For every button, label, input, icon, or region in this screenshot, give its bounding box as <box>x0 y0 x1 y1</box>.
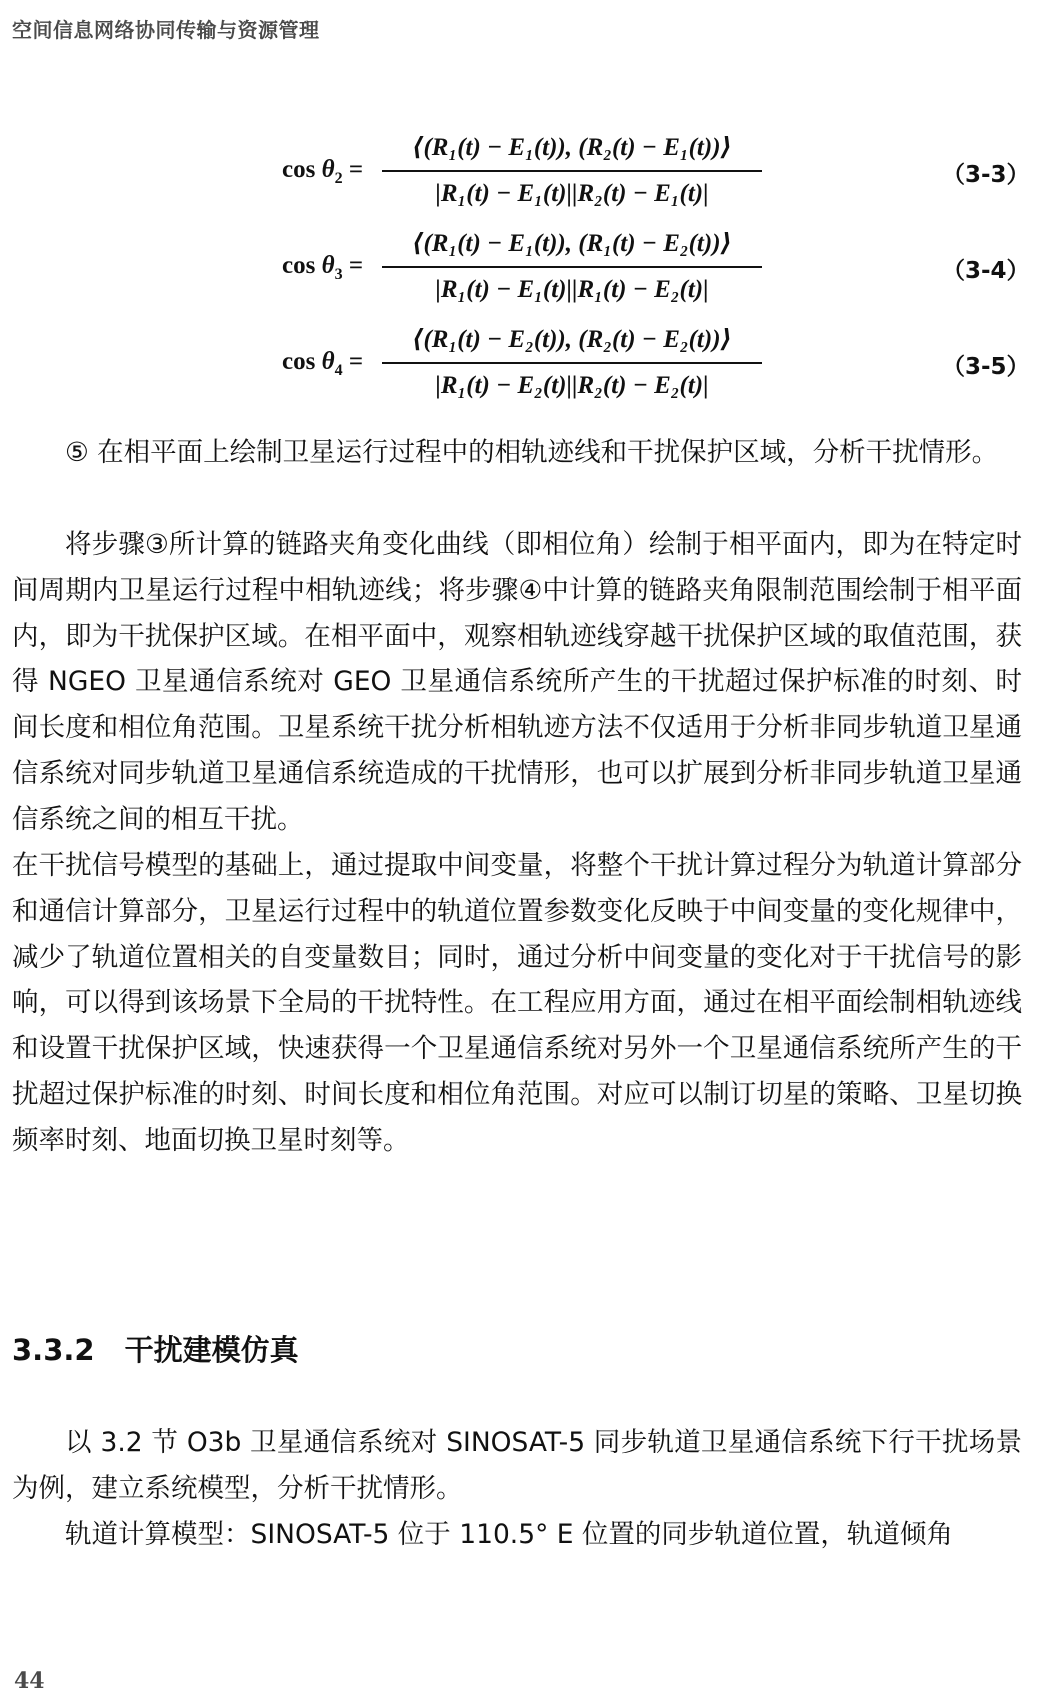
theta-var: θ <box>322 156 335 183</box>
numerator: ⟨(R₁(t) − E₂(t)), (R₂(t) − E₂(t))⟩ <box>412 320 732 360</box>
page-number: 44 <box>14 1668 45 1694</box>
theta-subscript: 3 <box>335 266 343 283</box>
paragraph-phase-trajectory: 将步骤③所计算的链路夹角变化曲线（即相位角）绘制于相平面内，即为在特定时间周期内… <box>12 522 1022 843</box>
paragraph-step5: ⑤ 在相平面上绘制卫星运行过程中的相轨迹线和干扰保护区域，分析干扰情形。 <box>12 430 1022 476</box>
equation-3-3: cos θ2 = ⟨(R₁(t) − E₁(t)), (R₂(t) − E₁(t… <box>282 128 1022 224</box>
denominator: |R₁(t) − E₁(t)||R₂(t) − E₁(t)| <box>435 174 708 214</box>
section-title: 干扰建模仿真 <box>125 1333 299 1367</box>
equation-3-4: cos θ3 = ⟨(R₁(t) − E₁(t)), (R₁(t) − E₂(t… <box>282 224 1022 320</box>
section-number: 3.3.2 <box>12 1333 95 1367</box>
equation-number: （3-4） <box>942 252 1022 285</box>
paragraph-intermediate-variables: 在干扰信号模型的基础上，通过提取中间变量，将整个干扰计算过程分为轨道计算部分和通… <box>12 843 1022 1164</box>
theta-subscript: 2 <box>335 170 343 187</box>
cos-func: cos <box>282 252 315 279</box>
running-header: 空间信息网络协同传输与资源管理 <box>12 14 320 43</box>
theta-var: θ <box>322 348 335 375</box>
fraction: ⟨(R₁(t) − E₂(t)), (R₂(t) − E₂(t))⟩ |R₁(t… <box>372 320 772 406</box>
fraction-bar <box>382 362 762 364</box>
equation-number: （3-3） <box>942 156 1022 189</box>
fraction-bar <box>382 266 762 268</box>
section-heading: 3.3.2干扰建模仿真 <box>12 1328 299 1369</box>
equation-lhs: cos θ2 = <box>282 156 363 188</box>
cos-func: cos <box>282 348 315 375</box>
denominator: |R₁(t) − E₂(t)||R₂(t) − E₂(t)| <box>435 366 708 406</box>
numerator: ⟨(R₁(t) − E₁(t)), (R₂(t) − E₁(t))⟩ <box>412 128 732 168</box>
equation-number: （3-5） <box>942 348 1022 381</box>
fraction-bar <box>382 170 762 172</box>
numerator: ⟨(R₁(t) − E₁(t)), (R₁(t) − E₂(t))⟩ <box>412 224 732 264</box>
paragraph-scenario: 以 3.2 节 O3b 卫星通信系统对 SINOSAT-5 同步轨道卫星通信系统… <box>12 1420 1022 1512</box>
equation-lhs: cos θ4 = <box>282 348 363 380</box>
theta-var: θ <box>322 252 335 279</box>
cos-func: cos <box>282 156 315 183</box>
equation-lhs: cos θ3 = <box>282 252 363 284</box>
equation-3-5: cos θ4 = ⟨(R₁(t) − E₂(t)), (R₂(t) − E₂(t… <box>282 320 1022 416</box>
fraction: ⟨(R₁(t) − E₁(t)), (R₂(t) − E₁(t))⟩ |R₁(t… <box>372 128 772 214</box>
paragraph-orbit-model: 轨道计算模型：SINOSAT-5 位于 110.5° E 位置的同步轨道位置，轨… <box>12 1512 1022 1558</box>
denominator: |R₁(t) − E₁(t)||R₁(t) − E₂(t)| <box>435 270 708 310</box>
fraction: ⟨(R₁(t) − E₁(t)), (R₁(t) − E₂(t))⟩ |R₁(t… <box>372 224 772 310</box>
theta-subscript: 4 <box>335 362 343 379</box>
